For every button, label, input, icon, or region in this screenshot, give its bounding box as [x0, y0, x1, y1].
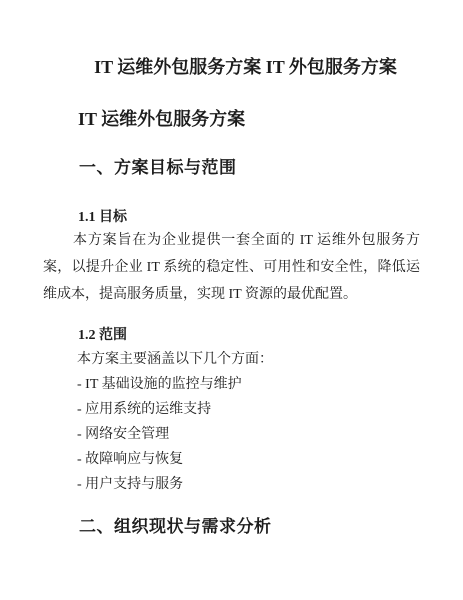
paragraph-goal: 本方案旨在为企业提供一套全面的 IT 运维外包服务方案，以提升企业 IT 系统的…: [43, 227, 420, 308]
list-item-user-support: - 用户支持与服务: [77, 476, 420, 494]
list-item-application-support: - 应用系统的运维支持: [77, 401, 420, 419]
document-heading: IT 运维外包服务方案: [78, 107, 420, 131]
subsection-heading-scope: 1.2 范围: [78, 327, 420, 345]
document-page: IT 运维外包服务方案 IT 外包服务方案 IT 运维外包服务方案 一、方案目标…: [0, 0, 463, 600]
scope-list-intro: 本方案主要涵盖以下几个方面：: [77, 351, 420, 369]
list-item-incident-response: - 故障响应与恢复: [77, 451, 420, 469]
subsection-heading-goal: 1.1 目标: [78, 209, 420, 227]
list-item-infrastructure: - IT 基础设施的监控与维护: [77, 376, 420, 394]
document-title: IT 运维外包服务方案 IT 外包服务方案: [43, 55, 420, 79]
list-item-network-security: - 网络安全管理: [77, 426, 420, 444]
section-heading-status-needs: 二、组织现状与需求分析: [79, 516, 420, 538]
section-heading-goals-scope: 一、方案目标与范围: [79, 157, 420, 179]
